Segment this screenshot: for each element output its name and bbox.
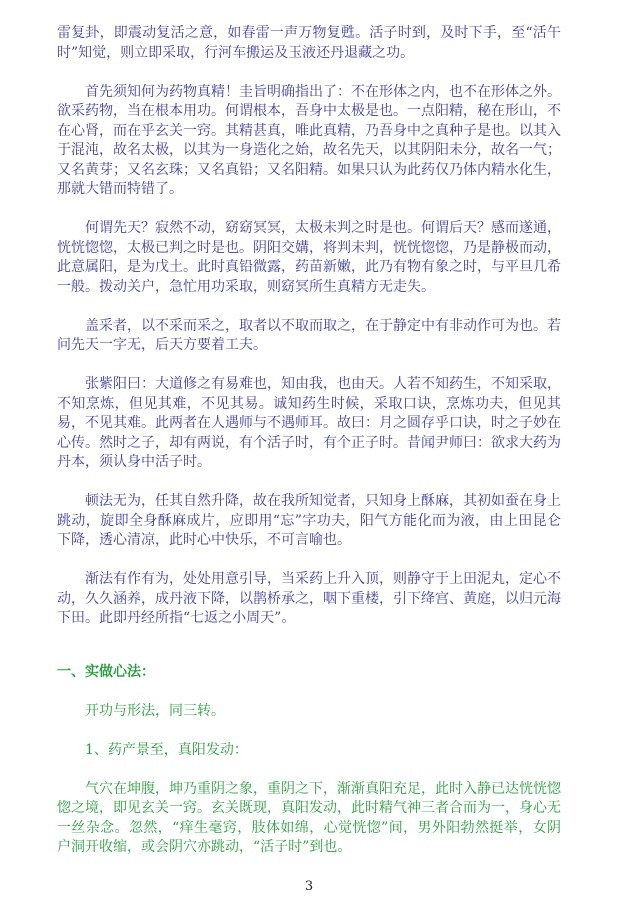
- section-item: 1、药产景至，真阳发动：: [57, 741, 561, 761]
- section-subline: 开功与形法，同三转。: [57, 702, 561, 722]
- section-paragraph: 气穴在坤腹，坤乃重阴之象，重阴之下，渐渐真阳充足，此时入静已达恍恍惚惚之境，即见…: [57, 780, 561, 858]
- page-number: 3: [0, 879, 618, 895]
- section-heading: 一、实做心法：: [57, 663, 561, 683]
- document-page: 雷复卦，即震动复活之意，如春雷一声万物复甦。活子时到，及时下手，至“活午时”知觉…: [0, 0, 618, 911]
- body-paragraph: 渐法有作有为，处处用意引导，当采药上升入顶，则静守于上田泥丸，定心不动，久久涵养…: [57, 570, 561, 629]
- body-paragraph: 首先须知何为药物真精！圭旨明确指出了：不在形体之内，也不在形体之外。欲采药物，当…: [57, 83, 561, 200]
- body-paragraph: 何谓先天？寂然不动，窈窈冥冥，太极未判之时是也。何谓后天？感而遂通，恍恍惚惚，太…: [57, 219, 561, 297]
- body-paragraph: 顿法无为，任其自然升降，故在我所知觉者，只知身上酥麻，其初如蚕在身上跳动，旋即全…: [57, 492, 561, 551]
- body-paragraph: 盖采者，以不采而采之，取者以不取而取之，在于静定中有非动作可为也。若问先天一字无…: [57, 317, 561, 356]
- body-paragraph: 雷复卦，即震动复活之意，如春雷一声万物复甦。活子时到，及时下手，至“活午时”知觉…: [57, 24, 561, 63]
- body-paragraph: 张紫阳曰：大道修之有易难也，知由我，也由天。人若不知药生，不知采取，不知烹炼，但…: [57, 375, 561, 473]
- page-content: 雷复卦，即震动复活之意，如春雷一声万物复甦。活子时到，及时下手，至“活午时”知觉…: [0, 0, 618, 858]
